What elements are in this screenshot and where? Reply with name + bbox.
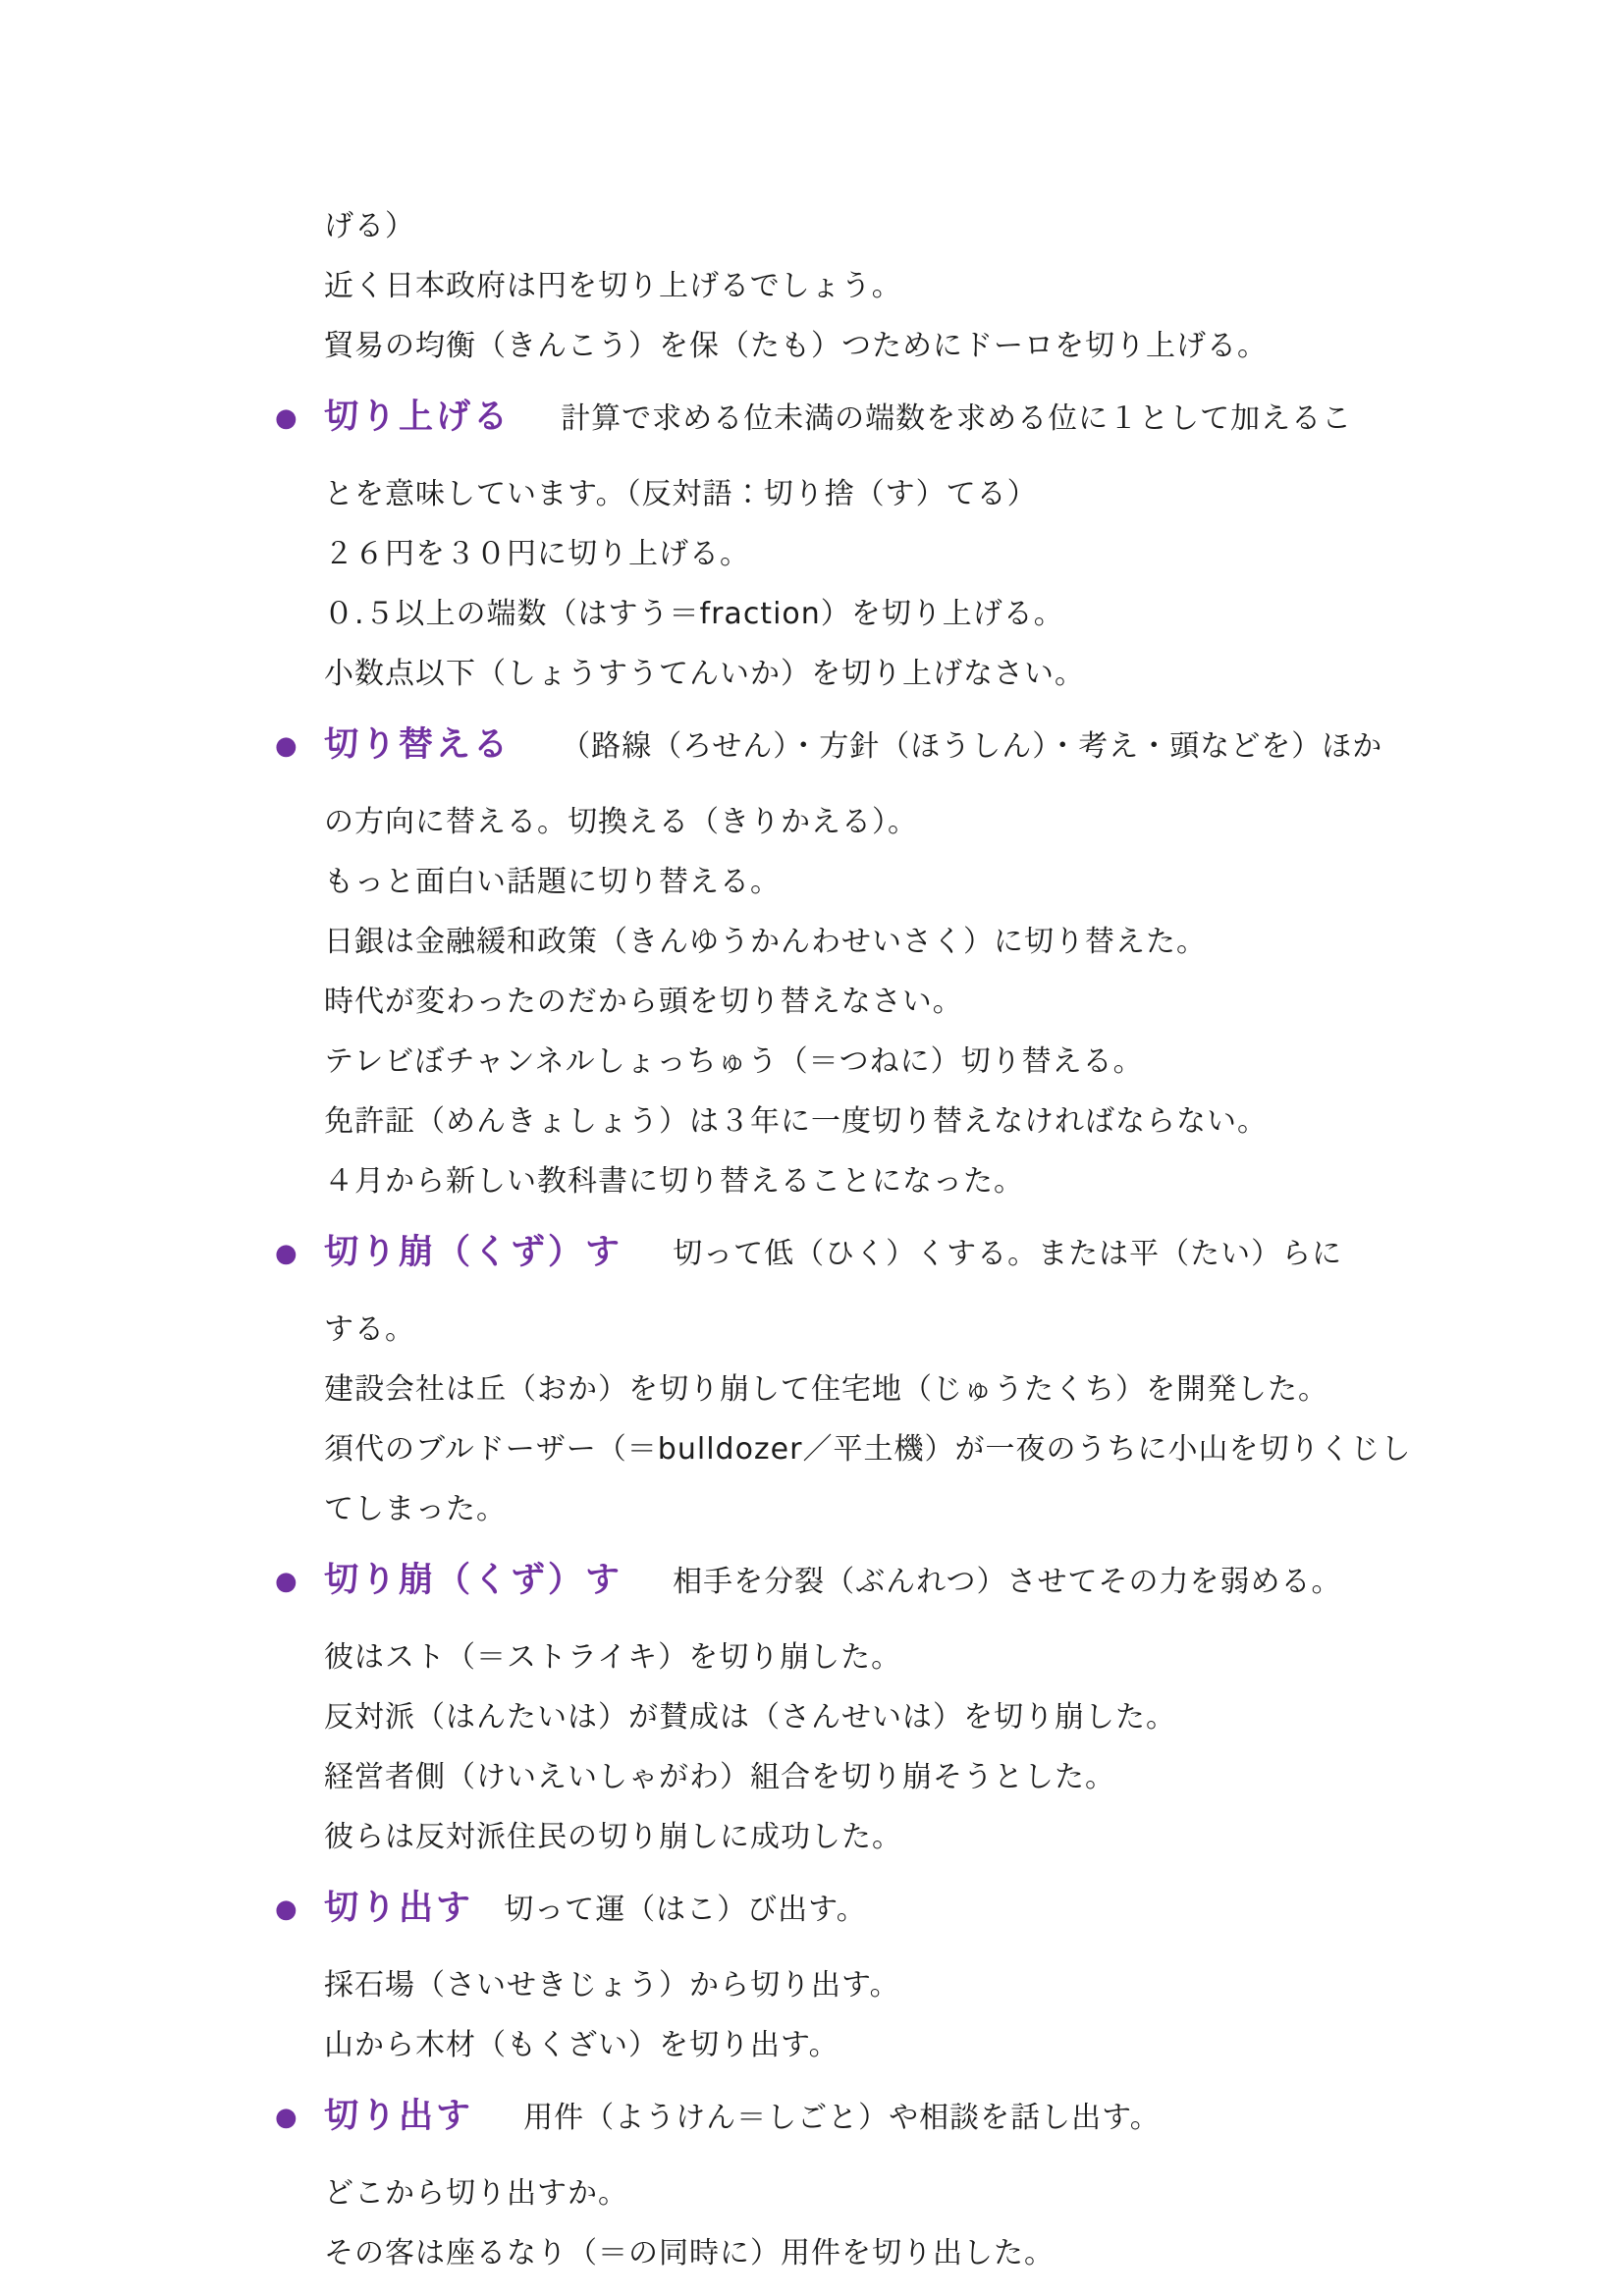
entry-heading-row: ● 切り出す 用件（ようけん＝しごと）や相談を話し出す。 — [324, 2087, 1477, 2152]
example-line: 時代が変わったのだから頭を切り替えなさい。 — [324, 972, 1477, 1032]
entries-container: ● 切り上げる 計算で求める位未満の端数を求める位に１として加えるこ とを意味し… — [324, 388, 1477, 2283]
entry-definition: 用件（ようけん＝しごと）や相談を話し出す。 — [523, 2101, 1161, 2135]
document-content: げる）近く日本政府は円を切り上げるでしょう。貿易の均衡（きんこう）を保（たも）つ… — [0, 0, 1624, 2283]
entry-headword: 切り崩（くず）す — [324, 1233, 623, 1272]
bullet-icon: ● — [275, 2101, 298, 2134]
document-page: げる）近く日本政府は円を切り上げるでしょう。貿易の均衡（きんこう）を保（たも）つ… — [0, 0, 1624, 2296]
dictionary-entry: ● 切り替える （路線（ろせん）・方針（ほうしん）・考え・頭などを）ほか の方向… — [324, 716, 1477, 1211]
continuation-line: げる） — [324, 196, 1477, 256]
bullet-icon: ● — [275, 1893, 298, 1926]
example-line: どこから切り出すか。 — [324, 2163, 1477, 2223]
example-line: の方向に替える。切換える（きりかえる）。 — [324, 792, 1477, 852]
continuation-line: 近く日本政府は円を切り上げるでしょう。 — [324, 256, 1477, 316]
example-line: 須代のブルドーザー（＝bulldozer／平土機）が一夜のうちに小山を切りくじし — [324, 1419, 1477, 1479]
example-line: ０.５以上の端数（はすう＝fraction）を切り上げる。 — [324, 584, 1477, 644]
entry-definition: （路線（ろせん）・方針（ほうしん）・考え・頭などを）ほか — [561, 729, 1382, 764]
example-line: 日銀は金融緩和政策（きんゆうかんわせいさく）に切り替えた。 — [324, 912, 1477, 972]
example-line: 経営者側（けいえいしゃがわ）組合を切り崩そうとした。 — [324, 1747, 1477, 1807]
example-line: 山から木材（もくざい）を切り出す。 — [324, 2015, 1477, 2075]
entry-headword: 切り上げる — [324, 398, 511, 437]
example-line: する。 — [324, 1300, 1477, 1360]
example-line: もっと面白い話題に切り替える。 — [324, 852, 1477, 912]
dictionary-entry: ● 切り出す 用件（ようけん＝しごと）や相談を話し出す。 どこから切り出すか。そ… — [324, 2087, 1477, 2283]
example-line: 小数点以下（しょうすうてんいか）を切り上げなさい。 — [324, 644, 1477, 704]
entry-headword: 切り出す — [324, 1889, 473, 1928]
entry-headword: 切り崩（くず）す — [324, 1561, 623, 1600]
entry-heading-row: ● 切り上げる 計算で求める位未満の端数を求める位に１として加えるこ — [324, 388, 1477, 453]
entry-heading-row: ● 切り替える （路線（ろせん）・方針（ほうしん）・考え・頭などを）ほか — [324, 716, 1477, 780]
bullet-icon: ● — [275, 729, 298, 763]
dictionary-entry: ● 切り上げる 計算で求める位未満の端数を求める位に１として加えるこ とを意味し… — [324, 388, 1477, 704]
bullet-icon: ● — [275, 401, 298, 435]
example-line: その客は座るなり（＝の同時に）用件を切り出した。 — [324, 2223, 1477, 2283]
example-line: 採石場（さいせきじょう）から切り出す。 — [324, 1955, 1477, 2015]
entry-heading-row: ● 切り崩（くず）す 相手を分裂（ぶんれつ）させてその力を弱める。 — [324, 1551, 1477, 1616]
example-line: 建設会社は丘（おか）を切り崩して住宅地（じゅうたくち）を開発した。 — [324, 1360, 1477, 1419]
bullet-icon: ● — [275, 1565, 298, 1598]
continuation-block: げる）近く日本政府は円を切り上げるでしょう。貿易の均衡（きんこう）を保（たも）つ… — [324, 196, 1477, 376]
entry-definition: 切って運（はこ）び出す。 — [504, 1893, 867, 1927]
entry-headword: 切り出す — [324, 2097, 473, 2136]
example-line: ４月から新しい教科書に切り替えることになった。 — [324, 1151, 1477, 1211]
example-line: 彼はスト（＝ストライキ）を切り崩した。 — [324, 1628, 1477, 1687]
dictionary-entry: ● 切り崩（くず）す 切って低（ひく）くする。または平（たい）らに する。建設会… — [324, 1223, 1477, 1539]
example-line: 免許証（めんきょしょう）は３年に一度切り替えなければならない。 — [324, 1092, 1477, 1151]
entry-definition: 相手を分裂（ぶんれつ）させてその力を弱める。 — [673, 1565, 1341, 1599]
example-line: 反対派（はんたいは）が賛成は（さんせいは）を切り崩した。 — [324, 1687, 1477, 1747]
entry-headword: 切り替える — [324, 725, 511, 765]
dictionary-entry: ● 切り出す 切って運（はこ）び出す。 採石場（さいせきじょう）から切り出す。山… — [324, 1879, 1477, 2075]
example-line: ２６円を３０円に切り上げる。 — [324, 524, 1477, 584]
bullet-icon: ● — [275, 1237, 298, 1270]
entry-definition: 切って低（ひく）くする。または平（たい）らに — [673, 1237, 1342, 1271]
dictionary-entry: ● 切り崩（くず）す 相手を分裂（ぶんれつ）させてその力を弱める。 彼はスト（＝… — [324, 1551, 1477, 1867]
example-line: てしまった。 — [324, 1479, 1477, 1539]
example-line: テレビぼチャンネルしょっちゅう（＝つねに）切り替える。 — [324, 1032, 1477, 1092]
example-line: とを意味しています。（反対語：切り捨（す）てる） — [324, 464, 1477, 524]
example-line: 彼らは反対派住民の切り崩しに成功した。 — [324, 1807, 1477, 1867]
entry-heading-row: ● 切り出す 切って運（はこ）び出す。 — [324, 1879, 1477, 1944]
continuation-line: 貿易の均衡（きんこう）を保（たも）つためにドーロを切り上げる。 — [324, 316, 1477, 376]
entry-heading-row: ● 切り崩（くず）す 切って低（ひく）くする。または平（たい）らに — [324, 1223, 1477, 1288]
entry-definition: 計算で求める位未満の端数を求める位に１として加えるこ — [561, 401, 1352, 436]
